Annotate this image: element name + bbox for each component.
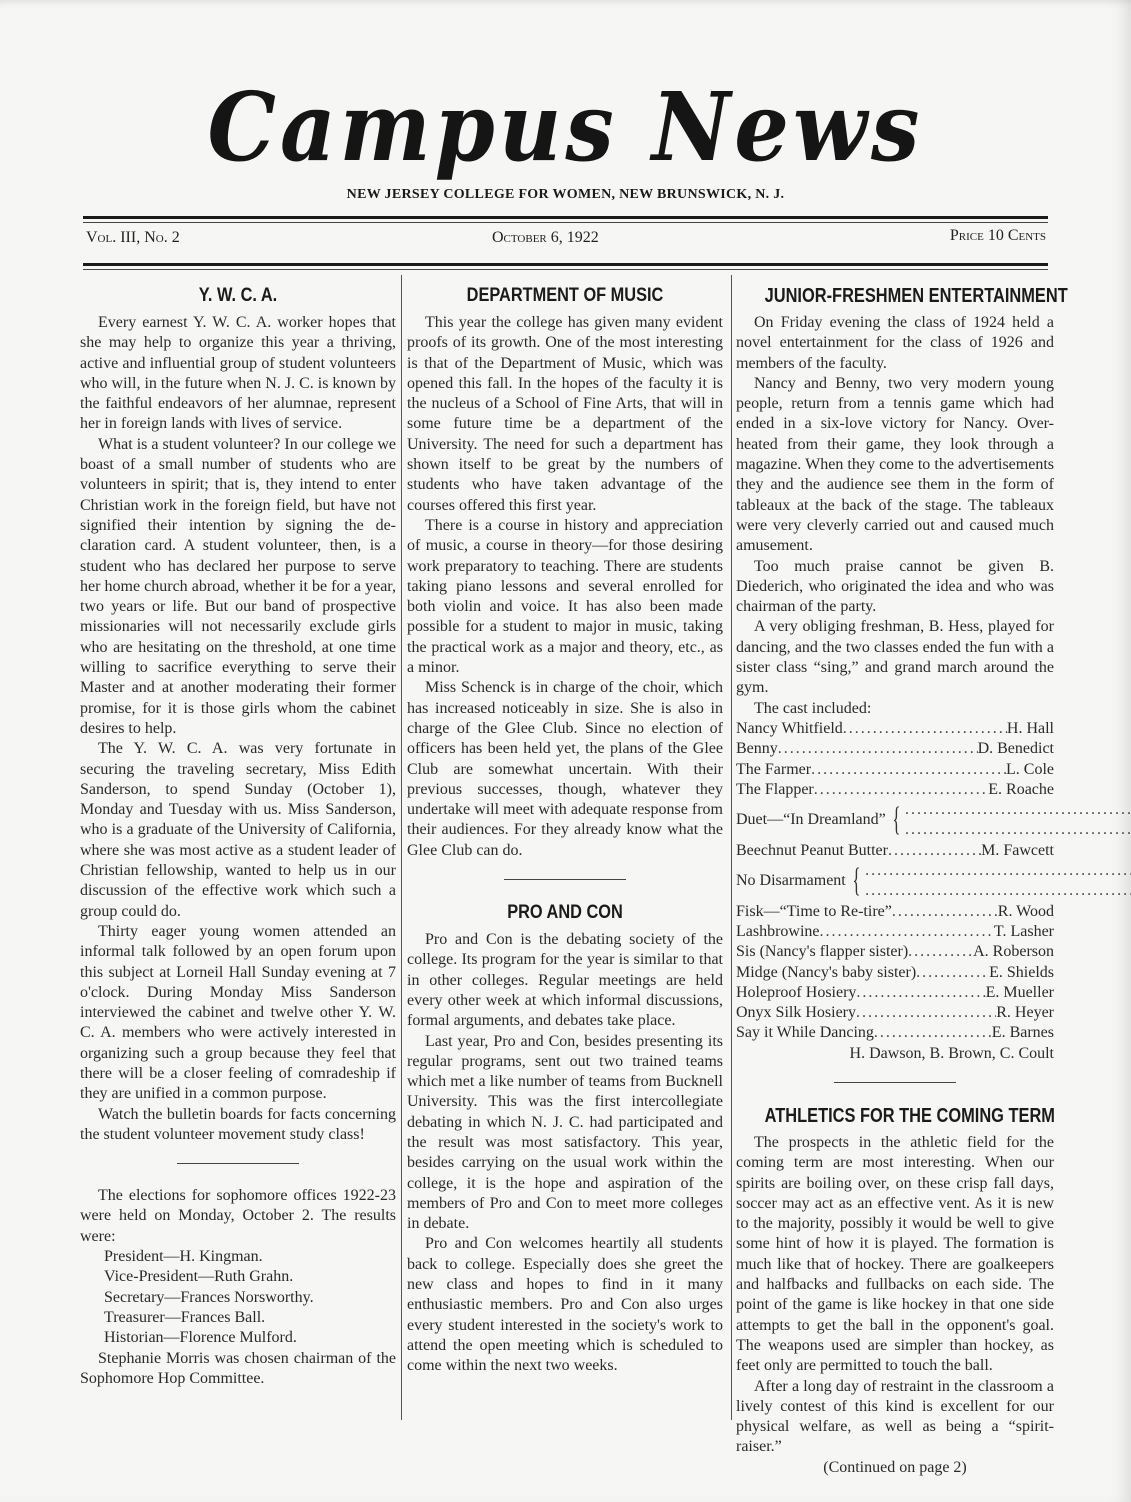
paragraph: There is a course in history and ap­prec… [407,516,723,678]
article-divider [504,879,626,880]
cast-role: Holeproof Hosiery [736,983,856,1003]
paragraph: Last year, Pro and Con, besides pre­sent… [407,1032,723,1235]
leader-dots [874,1023,992,1043]
cast-role: Nancy Whitfield [736,719,843,739]
cast-role: Lashbrowine [736,922,820,942]
cast-actor: A. Roberson [973,942,1054,962]
cast-role: Fisk—“Time to Re-tire” [736,902,892,922]
column-1: Y. W. C. A. Every earnest Y. W. C. A. wo… [80,283,396,1389]
headline-music: DEPARTMENT OF MUSIC [429,285,701,307]
headline-junior-freshmen: JUNIOR-FRESHMEN ENTERTAINMENT [765,285,1026,307]
header-rule-bottom [83,263,1048,266]
leader-dots [843,719,1007,739]
cast-entry-disarmament: No Disarmament { B. Brown M. Denton [736,861,1054,902]
cast-actor: E. Barnes [992,1023,1054,1043]
cast-role: Duet—“In Dreamland” [736,810,888,830]
officer-entry: Historian—Florence Mulford. [80,1328,396,1348]
cast-actor: E. Roache [988,780,1054,800]
leader-dots [865,881,1131,901]
brace-glyph: { [892,803,901,837]
paragraph: The prospects in the athletic field for … [736,1133,1054,1377]
column-3: JUNIOR-FRESHMEN ENTERTAINMENT On Friday … [736,283,1054,1478]
cast-actor: L. Cole [1006,760,1054,780]
cast-entry: Sis (Nancy's flapper sister)A. Roberson [736,942,1054,962]
header-rule-top [83,216,1048,219]
paragraph: On Friday evening the class of 1924 held… [736,313,1054,374]
leader-dots [916,963,989,983]
officer-entry: Treasurer—Frances Ball. [80,1308,396,1328]
cast-entry: BennyD. Benedict [736,739,1054,759]
cast-actor: E. Mueller [986,983,1054,1003]
issue-date: October 6, 1922 [492,229,599,247]
cast-entry-duet: Duet—“In Dreamland” { V. Updegraff D. Li… [736,800,1054,841]
leader-dots [778,739,978,759]
article-pro-con: PRO AND CON Pro and Con is the debating … [407,902,723,1377]
paragraph: Watch the bulletin boards for facts conc… [80,1105,396,1146]
cast-actor: M. Fawcett [981,841,1054,861]
cast-entry: Fisk—“Time to Re-tire”R. Wood [736,902,1054,922]
leader-dots [856,983,985,1003]
paragraph: Stephanie Morris was chosen chairman of … [80,1349,396,1390]
leader-dots [905,820,1131,840]
leader-dots [865,861,1131,881]
cast-entry: Nancy WhitfieldH. Hall [736,719,1054,739]
paragraph: Nancy and Benny, two very modern young p… [736,374,1054,557]
cast-role: Sis (Nancy's flapper sister) [736,942,908,962]
headline-pro-con: PRO AND CON [429,902,701,924]
article-athletics: ATHLETICS FOR THE COMING TERM The prospe… [736,1105,1054,1478]
paragraph: A very obliging freshman, B. Hess, playe… [736,617,1054,698]
paragraph: Pro and Con welcomes heartily all stu­de… [407,1234,723,1376]
cast-entry: Midge (Nancy's baby sister)E. Shields [736,963,1054,983]
continued-link[interactable]: (Continued on page 2) [736,1458,1054,1478]
paragraph: After a long day of restraint in the cla… [736,1377,1054,1458]
cast-actor: R. Wood [998,902,1054,922]
newspaper-subtitle: NEW JERSEY COLLEGE FOR WOMEN, NEW BRUNSW… [0,187,1131,203]
paragraph: Miss Schenck is in charge of the choir, … [407,678,723,861]
brace-glyph: { [852,864,861,898]
cast-role: Say it While Dancing [736,1023,874,1043]
paragraph: Thirty eager young women attended an inf… [80,922,396,1105]
leader-dots [892,902,998,922]
cast-entry: The FarmerL. Cole [736,760,1054,780]
newspaper-title: Campus News [208,73,924,183]
dateline: Vol. III, No. 2 October 6, 1922 Price 10… [86,229,1046,253]
cast-role: Benny [736,739,778,759]
article-divider [177,1163,299,1164]
officer-entry: Vice-President—Ruth Grahn. [80,1267,396,1287]
cast-entry: LashbrowineT. Lasher [736,922,1054,942]
cast-entry: Beechnut Peanut ButterM. Fawcett [736,841,1054,861]
volume-number: Vol. III, No. 2 [86,229,180,247]
paragraph: Every earnest Y. W. C. A. worker hopes t… [80,313,396,435]
article-junior-freshmen: JUNIOR-FRESHMEN ENTERTAINMENT On Friday … [736,285,1054,1064]
paragraph: Too much praise cannot be given B. Diede… [736,557,1054,618]
cast-intro: The cast included: [736,699,1054,719]
leader-dots [908,942,973,962]
cast-actor: T. Lasher [994,922,1054,942]
officer-entry: President—H. Kingman. [80,1247,396,1267]
column-divider [731,275,732,1420]
cast-entry: Onyx Silk HosieryR. Heyer [736,1003,1054,1023]
cast-role: The Farmer [736,760,811,780]
leader-dots [814,780,989,800]
article-divider [834,1082,956,1083]
article-sophomore-elections: The elections for sophomore offices 1922… [80,1186,396,1389]
cast-actor: E. Shields [989,963,1054,983]
cast-entry: The FlapperE. Roache [736,780,1054,800]
cast-role: Midge (Nancy's baby sister) [736,963,916,983]
paragraph: The elections for sophomore offices 1922… [80,1186,396,1247]
officer-entry: Secretary—Frances Norsworthy. [80,1288,396,1308]
leader-dots [888,841,981,861]
article-ywca: Y. W. C. A. Every earnest Y. W. C. A. wo… [80,285,396,1145]
cast-role: Onyx Silk Hosiery [736,1003,856,1023]
cast-actor: H. Hall [1007,719,1054,739]
leader-dots [811,760,1006,780]
leader-dots [905,800,1131,820]
cast-actor: R. Heyer [996,1003,1054,1023]
cast-role: No Disarmament [736,871,848,891]
cast-role: Beechnut Peanut Butter [736,841,888,861]
masthead: Campus News [0,78,1131,178]
paragraph: What is a student volunteer? In our coll… [80,435,396,739]
paragraph: Pro and Con is the debating society of t… [407,930,723,1031]
leader-dots [856,1003,996,1023]
cast-role: The Flapper [736,780,814,800]
article-music: DEPARTMENT OF MUSIC This year the colleg… [407,285,723,861]
headline-ywca: Y. W. C. A. [102,285,374,307]
cast-actor: D. Benedict [978,739,1054,759]
paragraph: The Y. W. C. A. was very fortunate in se… [80,739,396,922]
paragraph: This year the college has given many evi… [407,313,723,516]
issue-price: Price 10 Cents [950,227,1046,245]
column-divider [401,275,402,1420]
column-2: DEPARTMENT OF MUSIC This year the colleg… [407,283,723,1377]
cast-extra: H. Dawson, B. Brown, C. Coult [736,1044,1054,1064]
headline-athletics: ATHLETICS FOR THE COMING TERM [765,1105,1026,1127]
cast-entry: Say it While DancingE. Barnes [736,1023,1054,1043]
cast-list: Nancy WhitfieldH. Hall BennyD. Benedict … [736,719,1054,1064]
cast-entry: Holeproof HosieryE. Mueller [736,983,1054,1003]
leader-dots [820,922,994,942]
